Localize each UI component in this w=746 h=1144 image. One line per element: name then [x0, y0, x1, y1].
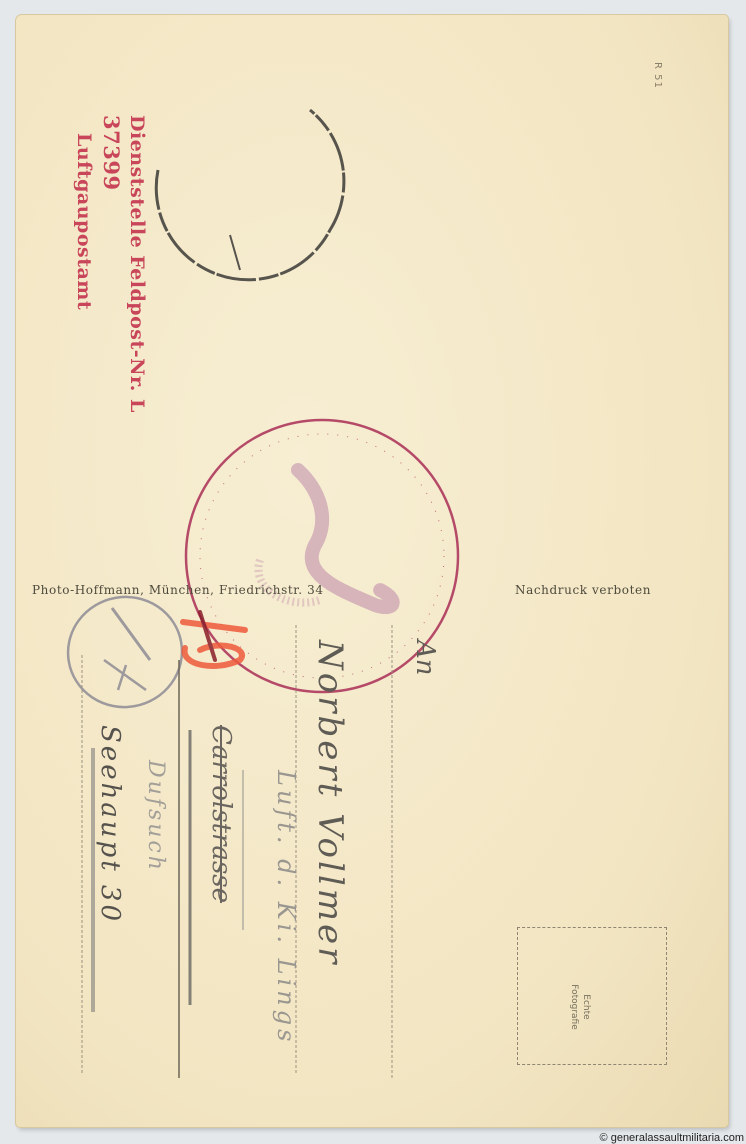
stamp-box-line1: Echte: [580, 972, 592, 1042]
hand-salutation: An: [410, 640, 440, 676]
stamp-line1: Dienststelle Feldpost-Nr. L: [126, 115, 148, 413]
postmark-black: [156, 110, 344, 280]
red-feldpost-stamp: Dienststelle Feldpost-Nr. L 37399 Luftga…: [71, 115, 150, 475]
reprint-notice: Nachdruck verboten: [515, 583, 651, 597]
stamp-box: [517, 927, 667, 1065]
publisher-imprint: Photo-Hoffmann, München, Friedrichstr. 3…: [32, 583, 324, 597]
hand-city-struck: Seehaupt 30: [95, 725, 125, 924]
stamp-line2: Luftgaupostamt: [71, 115, 97, 475]
series-code: R 51: [652, 62, 663, 89]
hand-street-struck: Carrolstrasse: [206, 725, 236, 903]
stamp-box-line2: Fotografie: [568, 972, 580, 1042]
hand-name: Norbert Vollmer: [310, 640, 350, 966]
pencil-circled-14: [59, 588, 190, 716]
stamp-box-label: Echte Fotografie: [568, 972, 592, 1042]
hand-street-new: Luft. d. Ki. Lings: [272, 770, 300, 1045]
watermark: © generalassaultmilitaria.com: [600, 1132, 744, 1144]
hand-pencil-extra: Dufsuch: [143, 760, 168, 873]
stamp-fp-number: 37399: [99, 115, 124, 191]
